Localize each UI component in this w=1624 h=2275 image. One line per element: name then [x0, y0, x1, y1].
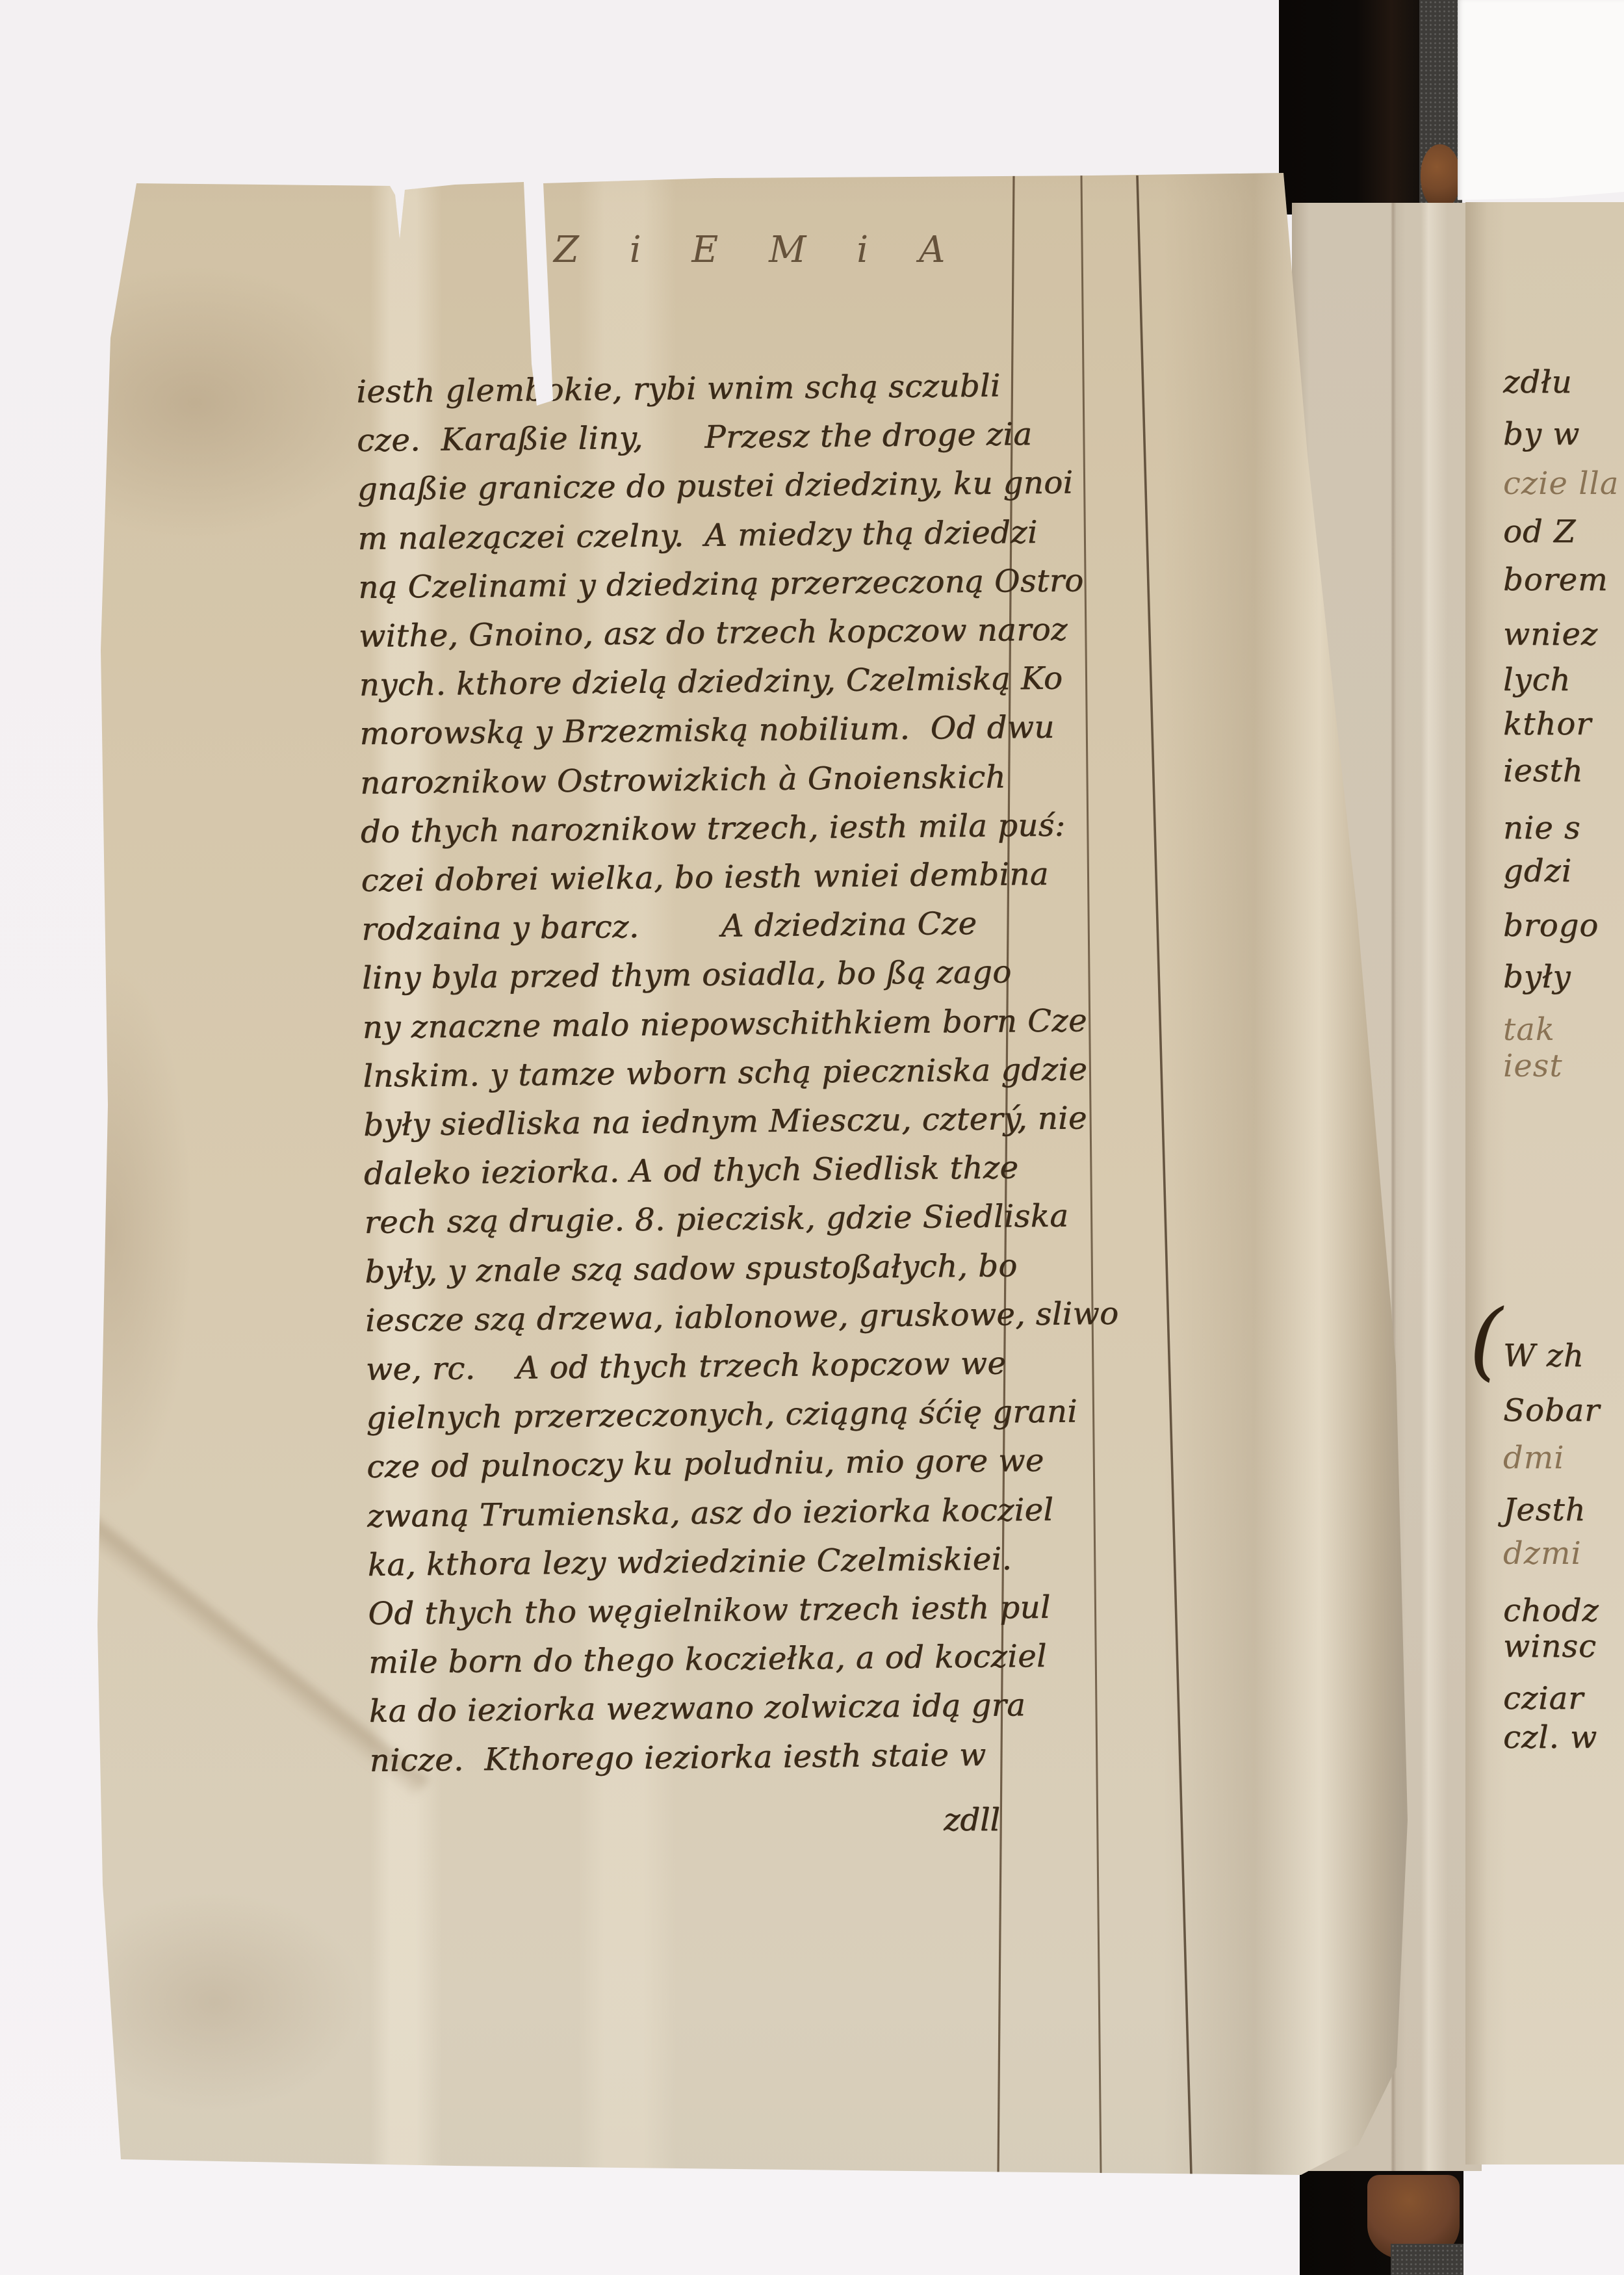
- page-header-title: Z i E M i A: [554, 229, 964, 271]
- text-line: gnaßie granicze do pustei dziedziny, ku …: [357, 460, 1020, 515]
- right-page-fragment: od Z: [1503, 513, 1576, 550]
- text-line: cze od pulnoczy ku poludniu, mio gore we: [367, 1437, 1030, 1492]
- right-page-fragment: nie s: [1503, 810, 1581, 846]
- spine-cloth-bottom: [1391, 2244, 1463, 2275]
- right-page-fragment: dmi: [1503, 1440, 1565, 1476]
- bookmark-card: [1458, 0, 1624, 204]
- text-line: lnskim. y tamze wborn schą pieczniska gd…: [363, 1046, 1026, 1101]
- ruled-line: [1137, 175, 1191, 2175]
- text-line: nych. kthore dzielą dziedziny, Czelmiską…: [359, 655, 1022, 710]
- text-line: mile born do thego kocziełka, a od koczi…: [368, 1632, 1032, 1687]
- text-line: liny byla przed thym osiadla, bo ßą zago: [362, 948, 1025, 1004]
- right-page-fragment: W zh: [1503, 1338, 1584, 1374]
- text-line: ka do ieziorka wezwano zolwicza idą gra: [368, 1682, 1032, 1737]
- text-line: iesth glembokie, rybi wnim schą sczubli: [356, 361, 1020, 417]
- book-cover-top: [1279, 0, 1419, 214]
- text-line: Od thych tho węgielnikow trzech iesth pu…: [368, 1583, 1031, 1639]
- right-page-fragment: brogo: [1503, 907, 1599, 944]
- text-line: withe, Gnoino, asz do trzech kopczow nar…: [359, 606, 1022, 661]
- text-line: rodzaina y barcz. A dziedzina Cze: [361, 899, 1025, 954]
- right-page-fragment: zdłu: [1503, 364, 1573, 400]
- text-line: morowską y Brzezmiską nobilium. Od dwu: [359, 704, 1023, 759]
- right-page-fragment: winsc: [1503, 1628, 1597, 1665]
- ruled-line: [1081, 175, 1101, 2175]
- text-line: ną Czelinami y dziedziną przerzeczoną Os…: [358, 557, 1022, 612]
- spine-leather-knob-top: [1421, 144, 1461, 209]
- right-page-fragment: Jesth: [1503, 1492, 1586, 1528]
- right-page-fragment: cziar: [1503, 1680, 1584, 1717]
- text-line: nicze. Kthorego ieziorka iesth staie w: [369, 1730, 1033, 1786]
- manuscript-text-block: iesth glembokie, rybi wnim schą sczublic…: [356, 361, 1033, 1786]
- text-line: rech szą drugie. 8. pieczisk, gdzie Sied…: [364, 1193, 1027, 1248]
- right-page-fragment: iest: [1503, 1048, 1563, 1084]
- right-page-fragment: chodz: [1503, 1592, 1599, 1629]
- right-page-fragment: kthor: [1503, 706, 1592, 742]
- right-page-fragment: dzmi: [1503, 1535, 1582, 1572]
- right-page-fragment: czie lla: [1503, 465, 1619, 502]
- text-line: iescze szą drzewa, iablonowe, gruskowe, …: [365, 1290, 1029, 1345]
- text-line: we, rc. A od thych trzech kopczow we: [365, 1339, 1029, 1394]
- text-line: gielnych przerzeczonych, cziągną śćię gr…: [366, 1388, 1029, 1443]
- right-page-fragment: Sobar: [1503, 1392, 1600, 1429]
- right-page-fragment: borem: [1503, 562, 1608, 598]
- right-page-fragment: by w: [1503, 416, 1580, 452]
- text-line: daleko ieziorka. A od thych Siedlisk thz…: [364, 1143, 1027, 1199]
- right-page-fragment: (: [1469, 1321, 1503, 1360]
- text-line: czei dobrei wielka, bo iesth wniei dembi…: [361, 850, 1024, 905]
- right-page-fragment: lych: [1503, 662, 1571, 698]
- text-line: były, y znale szą sadow spustoßałych, bo: [365, 1241, 1028, 1297]
- manuscript-scan: zdłuby wczie llaod Zboremwniezlychkthori…: [0, 0, 1624, 2275]
- right-page-fragment: gdzi: [1503, 853, 1572, 889]
- right-page-fragment: czl. w: [1503, 1719, 1597, 1756]
- text-line: naroznikow Ostrowizkich à Gnoienskich: [360, 753, 1024, 808]
- right-page-fragment: wniez: [1503, 616, 1598, 653]
- right-page: zdłuby wczie llaod Zboremwniezlychkthori…: [1465, 202, 1624, 2164]
- text-line: były siedliska na iednym Miesczu, czterý…: [363, 1095, 1027, 1150]
- text-line: do thych naroznikow trzech, iesth mila p…: [360, 801, 1024, 857]
- text-line: ny znaczne malo niepowschithkiem born Cz…: [362, 997, 1025, 1052]
- right-page-fragment: tak: [1503, 1011, 1555, 1048]
- text-line: zwaną Trumienska, asz do ieziorka koczie…: [367, 1486, 1031, 1541]
- right-page-fragment: iesth: [1503, 753, 1584, 789]
- right-page-fragment: były: [1503, 959, 1571, 995]
- catchword: zdll: [944, 1802, 1000, 1838]
- text-line: cze. Karaßie liny, Przesz the droge zia: [357, 410, 1020, 465]
- text-line: ka, kthora lezy wdziedzinie Czelmiskiei.: [367, 1535, 1031, 1590]
- text-line: m nalezączei czelny. A miedzy thą dziedz…: [357, 508, 1021, 564]
